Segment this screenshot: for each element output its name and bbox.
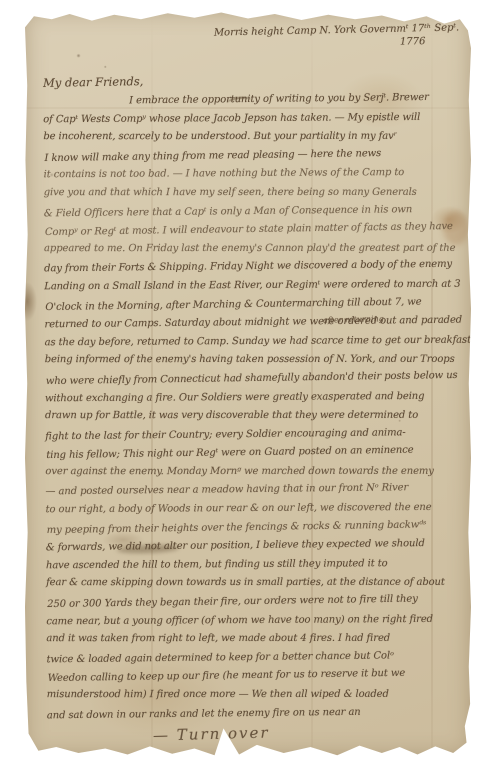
letter-line: have ascended the hill to them, but find…	[46, 555, 460, 576]
letter-line: drawn up for Battle, it was very discove…	[45, 407, 459, 426]
interline-insertion: after returning	[323, 314, 384, 325]
letter-line: of Capᵗ Wests Compʸ whose place Jacob Je…	[43, 108, 457, 129]
letter-line: misunderstood him) I fired once more — W…	[47, 686, 461, 705]
letter-body: I embrace the opportunity of writing to …	[43, 90, 461, 725]
dateline: Morris height Camp N. York Governmᵗ 17ᵗʰ…	[213, 21, 459, 52]
turn-over-note: — Turn over	[153, 723, 270, 744]
letter-line: and it was taken from right to left, we …	[46, 630, 460, 649]
letter-line: give you and that which I have my self s…	[44, 184, 458, 203]
letter-line: it contains is not too bad. — I have not…	[44, 164, 458, 185]
photo-background: Morris height Camp N. York Governmᵗ 17ᵗʰ…	[0, 0, 496, 768]
letter-paper: Morris height Camp N. York Governmᵗ 17ᵗʰ…	[25, 11, 471, 756]
salutation: My dear Friends,	[43, 74, 144, 90]
letter-line: as the day before, returned to Camp. Sun…	[45, 331, 459, 352]
letter-line: and sat down in our ranks and let the en…	[47, 702, 461, 725]
